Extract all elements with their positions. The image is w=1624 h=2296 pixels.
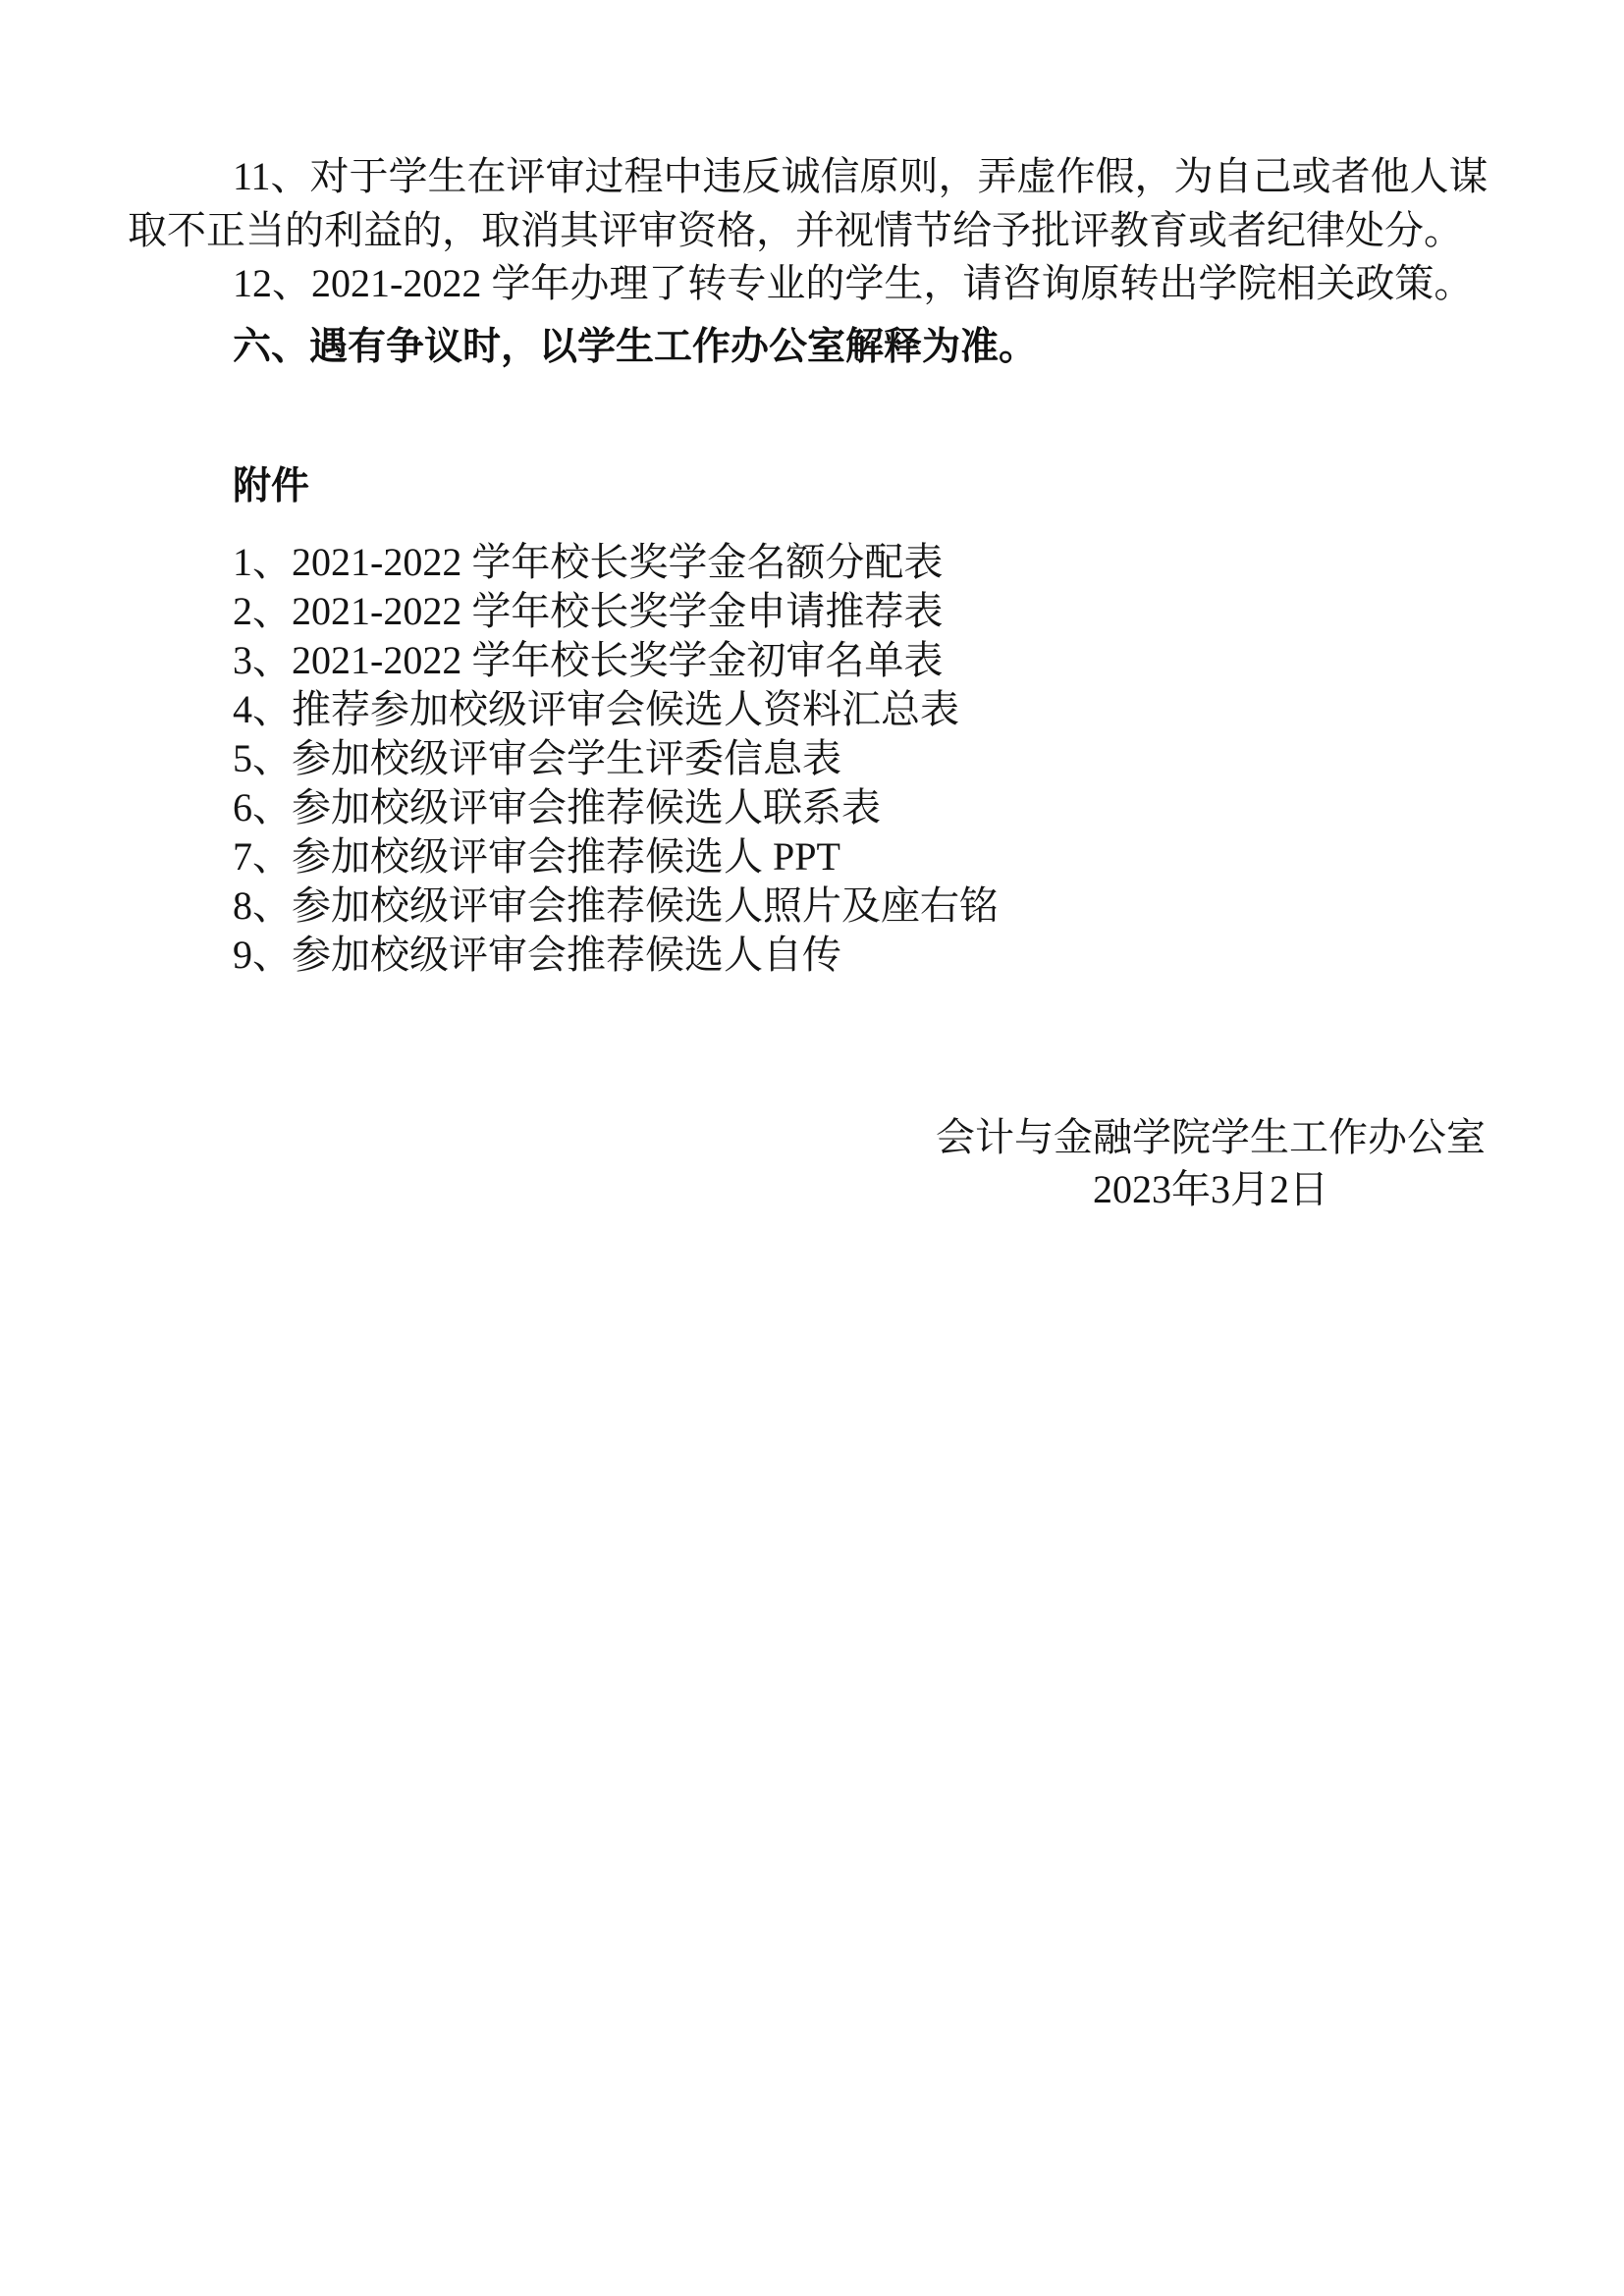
attachment-item: 9、参加校级评审会推荐候选人自传 [233, 931, 999, 980]
signature-date: 2023年3月2日 [931, 1163, 1490, 1215]
signature-office: 会计与金融学院学生工作办公室 [931, 1111, 1490, 1163]
signature-block: 会计与金融学院学生工作办公室 2023年3月2日 [931, 1111, 1490, 1215]
attachment-item: 4、推荐参加校级评审会候选人资料汇总表 [233, 685, 999, 734]
clause-11-line-2: 取不正当的利益的，取消其评审资格，并视情节给予批评教育或者纪律处分。 [128, 211, 1463, 250]
section-6-heading: 六、遇有争议时，以学生工作办公室解释为准。 [233, 328, 1037, 366]
attachment-item: 5、参加校级评审会学生评委信息表 [233, 734, 999, 783]
attachment-item: 8、参加校级评审会推荐候选人照片及座右铭 [233, 881, 999, 931]
clause-12: 12、2021-2022 学年办理了转专业的学生，请咨询原转出学院相关政策。 [233, 264, 1473, 303]
attachments-list: 1、2021-2022 学年校长奖学金名额分配表 2、2021-2022 学年校… [233, 538, 999, 980]
attachment-item: 6、参加校级评审会推荐候选人联系表 [233, 783, 999, 832]
clause-11-line-1: 11、对于学生在评审过程中违反诚信原则，弄虚作假，为自己或者他人谋 [233, 157, 1489, 196]
attachment-item: 3、2021-2022 学年校长奖学金初审名单表 [233, 636, 999, 685]
attachments-label: 附件 [233, 467, 309, 506]
attachment-item: 7、参加校级评审会推荐候选人 PPT [233, 832, 999, 881]
attachment-item: 1、2021-2022 学年校长奖学金名额分配表 [233, 538, 999, 587]
document-page: 11、对于学生在评审过程中违反诚信原则，弄虚作假，为自己或者他人谋 取不正当的利… [0, 0, 1624, 2296]
attachment-item: 2、2021-2022 学年校长奖学金申请推荐表 [233, 587, 999, 636]
